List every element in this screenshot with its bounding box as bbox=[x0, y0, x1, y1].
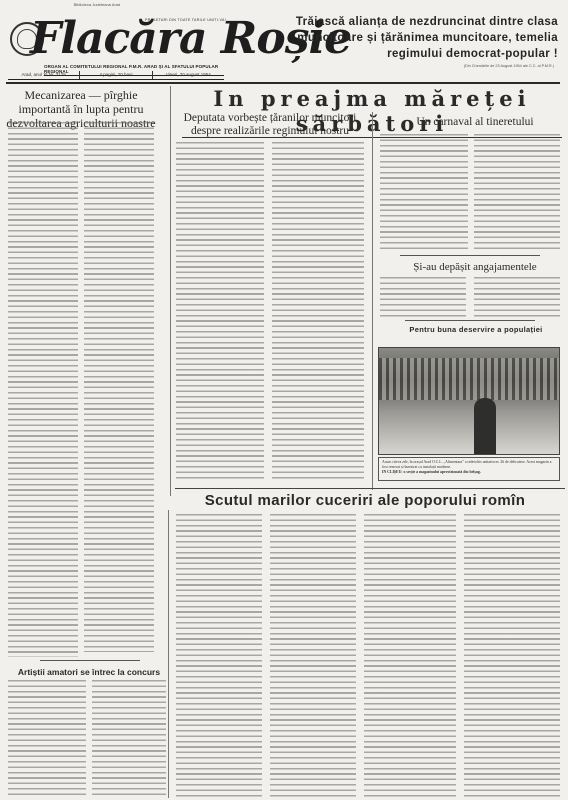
scutul-column-3 bbox=[364, 514, 456, 798]
section-rule bbox=[175, 488, 565, 489]
scutul-column-2 bbox=[270, 514, 356, 798]
slogan-source: (Din Chemările de 23 August 1954 ale C.C… bbox=[464, 64, 554, 68]
store-photo bbox=[378, 347, 560, 455]
divider bbox=[405, 320, 535, 321]
headline-depasit: Și-au depășit angajamentele bbox=[385, 261, 565, 273]
scutul-column-1 bbox=[176, 514, 262, 798]
photo-caption: Acum citeva zile, în orașul Arad O.C.L. … bbox=[378, 457, 560, 481]
carnaval-column-1 bbox=[380, 134, 468, 250]
artistii-column-2 bbox=[92, 680, 166, 796]
column-divider bbox=[170, 86, 171, 496]
mecanizarea-column-1 bbox=[8, 122, 78, 657]
column-divider bbox=[372, 112, 373, 490]
divider bbox=[400, 255, 540, 256]
issue-info-bar: Arad, anul XI Nr. 3125 4 pagini, 20 bani… bbox=[8, 71, 224, 80]
headline-scutul: Scutul marilor cuceriri ale poporului ro… bbox=[165, 492, 565, 509]
caption-cliseu: IN CLIȘEU: o secție a magazinului aprovi… bbox=[382, 470, 556, 475]
headline-artistii: Artiștii amatori se întrec la concurs bbox=[14, 667, 164, 677]
issue-number: Arad, anul XI Nr. 3125 bbox=[8, 71, 80, 79]
deputata-column-2 bbox=[272, 142, 364, 482]
column-divider bbox=[168, 510, 169, 798]
headline-buna-deservire: Pentru buna deservire a populației bbox=[396, 325, 556, 334]
carnaval-column-2 bbox=[474, 134, 560, 250]
masthead-rule bbox=[6, 82, 560, 84]
depasit-column-2 bbox=[474, 277, 560, 317]
scutul-column-4 bbox=[464, 514, 560, 798]
headline-deputata: Deputata vorbește țăranilor muncitori de… bbox=[175, 112, 365, 138]
headline-carnaval: Un carnaval al tineretului bbox=[385, 116, 565, 128]
library-stamp: Biblioteca Judeteana Arad bbox=[70, 2, 124, 7]
depasit-column-1 bbox=[380, 277, 466, 317]
issue-date: Vineri, 20 august 1954 bbox=[153, 71, 224, 79]
divider bbox=[40, 660, 140, 661]
caption-text: Acum citeva zile, în orașul Arad O.C.L. … bbox=[382, 460, 551, 469]
artistii-column-1 bbox=[8, 680, 86, 796]
issue-pages-price: 4 pagini, 20 bani bbox=[80, 71, 152, 79]
deputata-column-1 bbox=[176, 142, 264, 482]
slogan: Trăiască alianța de nezdruncinat dintre … bbox=[258, 14, 558, 62]
newspaper-page: Biblioteca Judeteana Arad PROLETARI DIN … bbox=[0, 0, 568, 800]
mecanizarea-column-2 bbox=[84, 122, 154, 652]
